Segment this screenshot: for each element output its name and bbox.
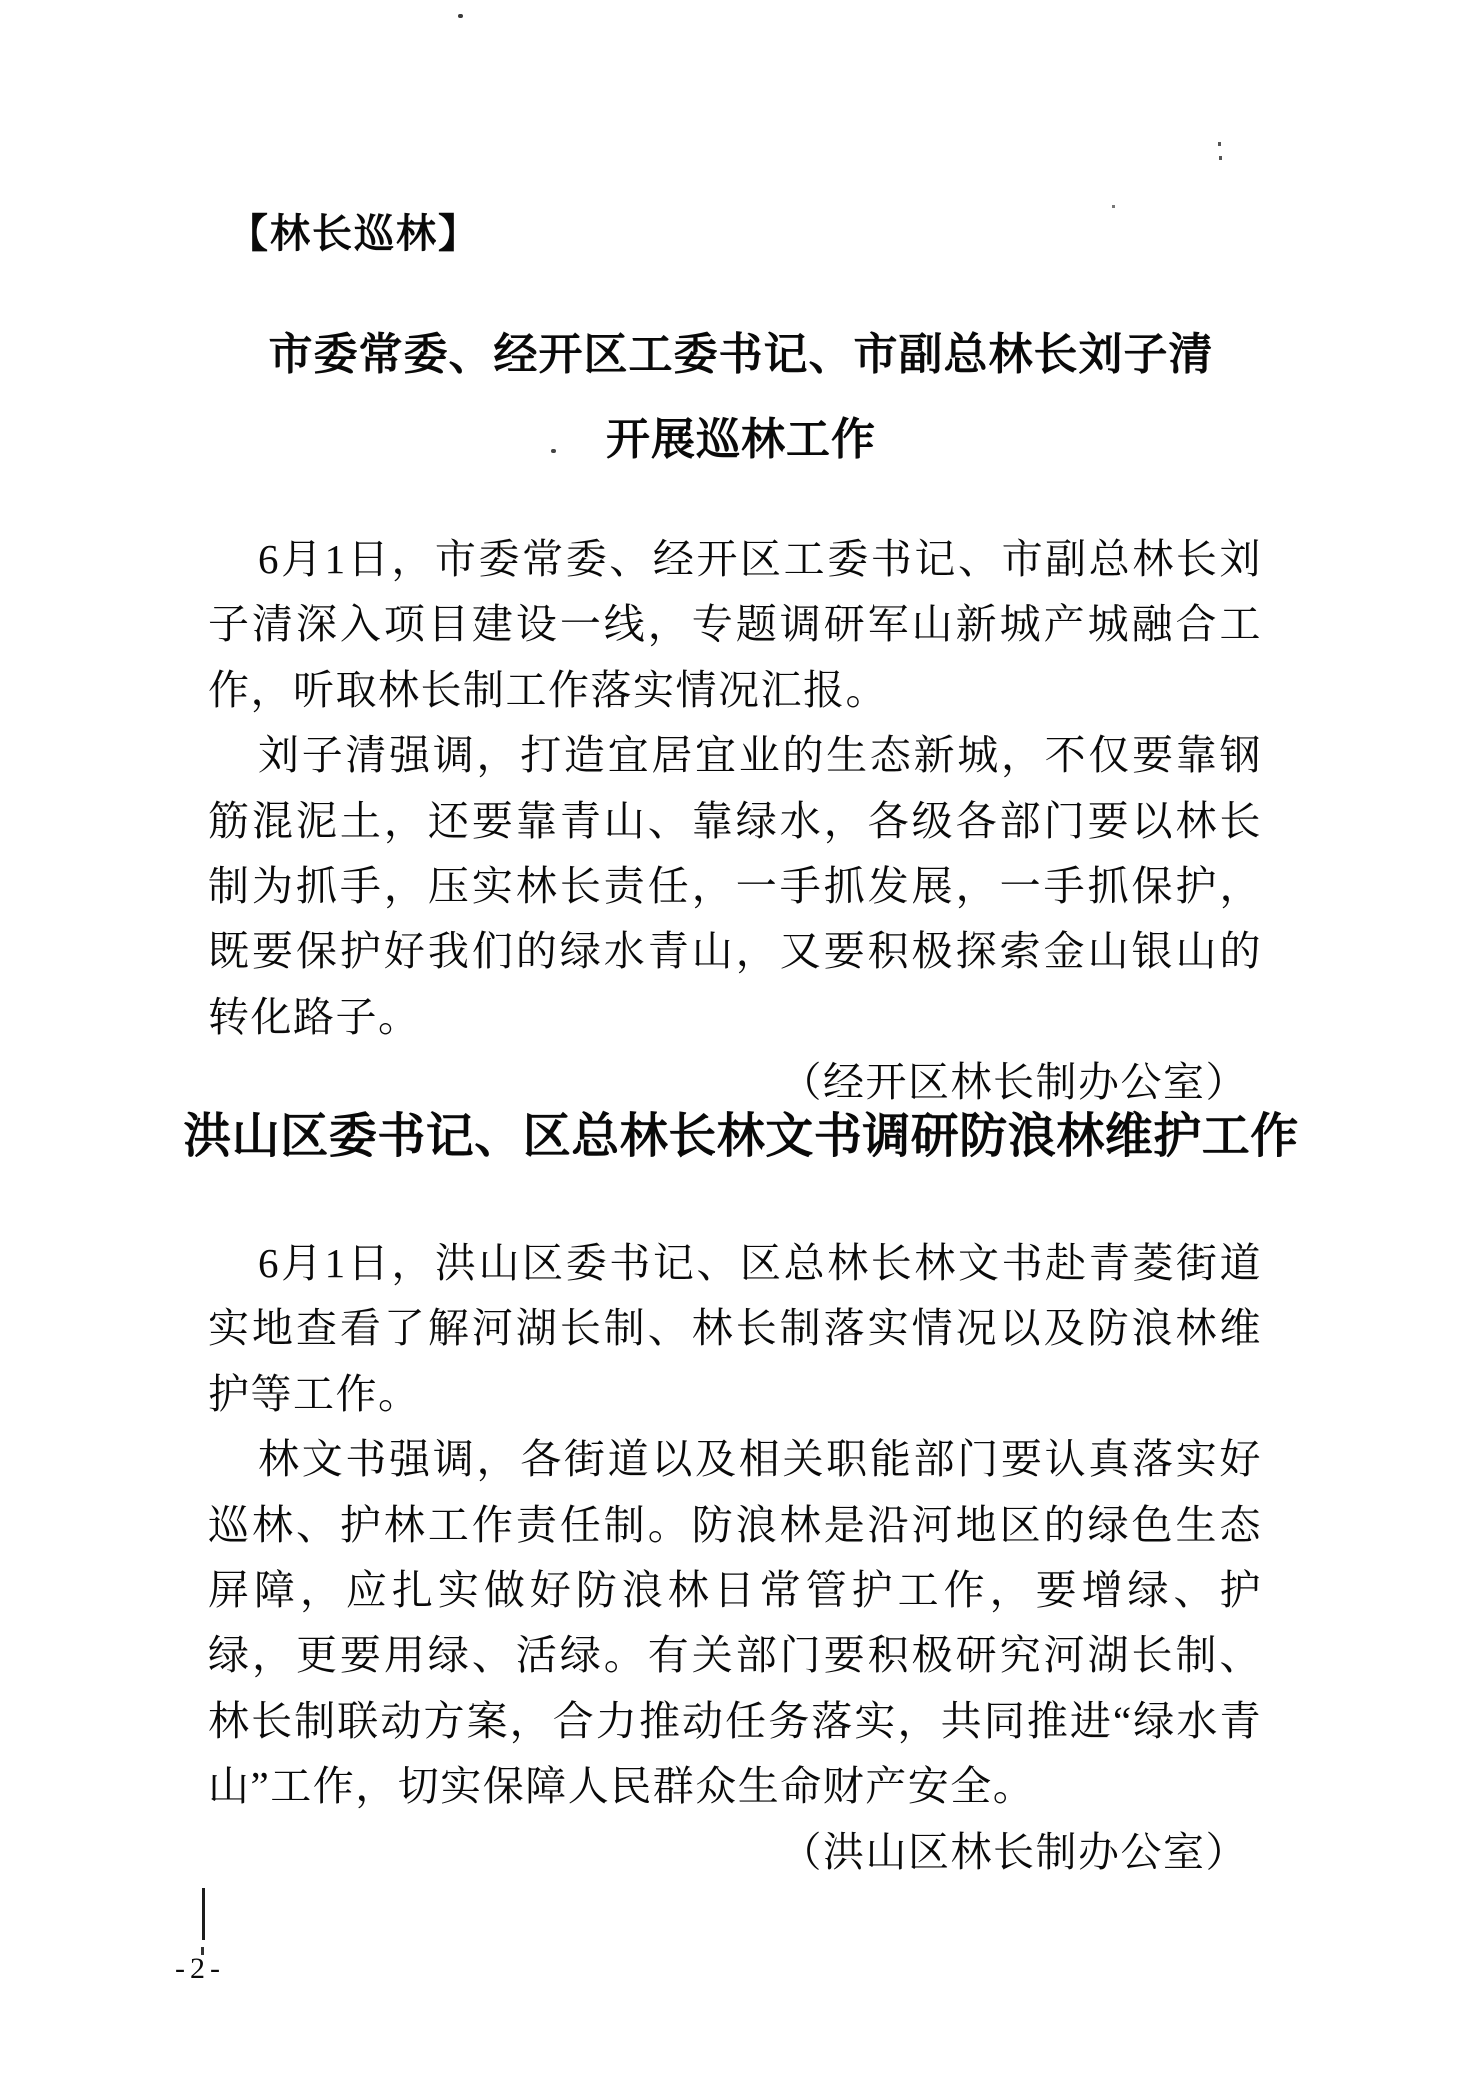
article-1-title-line-2: 开展巡林工作	[151, 397, 1331, 482]
scan-artifact-dot-mid	[551, 449, 556, 453]
article-2-body: 6月1日，洪山区委书记、区总林长林文书赴青菱街道实地查看了解河湖长制、林长制落实…	[208, 1231, 1262, 1885]
article-1-paragraph-2: 刘子清强调，打造宜居宜业的生态新城，不仅要靠钢筋混泥土，还要靠青山、靠绿水，各级…	[208, 723, 1262, 1050]
scan-artifact-speck	[1218, 142, 1221, 146]
article-2-paragraph-2: 林文书强调，各街道以及相关职能部门要认真落实好巡林、护林工作责任制。防浪林是沿河…	[208, 1427, 1262, 1819]
article-1-body: 6月1日，市委常委、经开区工委书记、市副总林长刘子清深入项目建设一线，专题调研军…	[208, 527, 1262, 1116]
scan-artifact-speck	[1219, 156, 1222, 160]
section-tag: 【林长巡林】	[228, 202, 480, 259]
article-1-paragraph-1: 6月1日，市委常委、经开区工委书记、市副总林长刘子清深入项目建设一线，专题调研军…	[208, 527, 1262, 723]
scan-artifact-vertical-line	[202, 1888, 205, 1940]
page-number: -2-	[175, 1952, 225, 1986]
document-page: 【林长巡林】 市委常委、经开区工委书记、市副总林长刘子清 开展巡林工作 6月1日…	[0, 0, 1482, 2100]
article-1-title-line-1: 市委常委、经开区工委书记、市副总林长刘子清	[151, 312, 1331, 397]
article-1-attribution: （经开区林长制办公室）	[208, 1050, 1262, 1115]
article-2-paragraph-1: 6月1日，洪山区委书记、区总林长林文书赴青菱街道实地查看了解河湖长制、林长制落实…	[208, 1231, 1262, 1427]
scan-artifact-speck	[1112, 205, 1115, 208]
scan-artifact-dot-top	[458, 14, 463, 18]
scan-artifact-dash	[201, 1947, 204, 1955]
article-2-attribution: （洪山区林长制办公室）	[208, 1820, 1262, 1885]
article-1-title: 市委常委、经开区工委书记、市副总林长刘子清 开展巡林工作	[151, 312, 1331, 482]
article-2-title: 洪山区委书记、区总林长林文书调研防浪林维护工作	[151, 1107, 1331, 1167]
